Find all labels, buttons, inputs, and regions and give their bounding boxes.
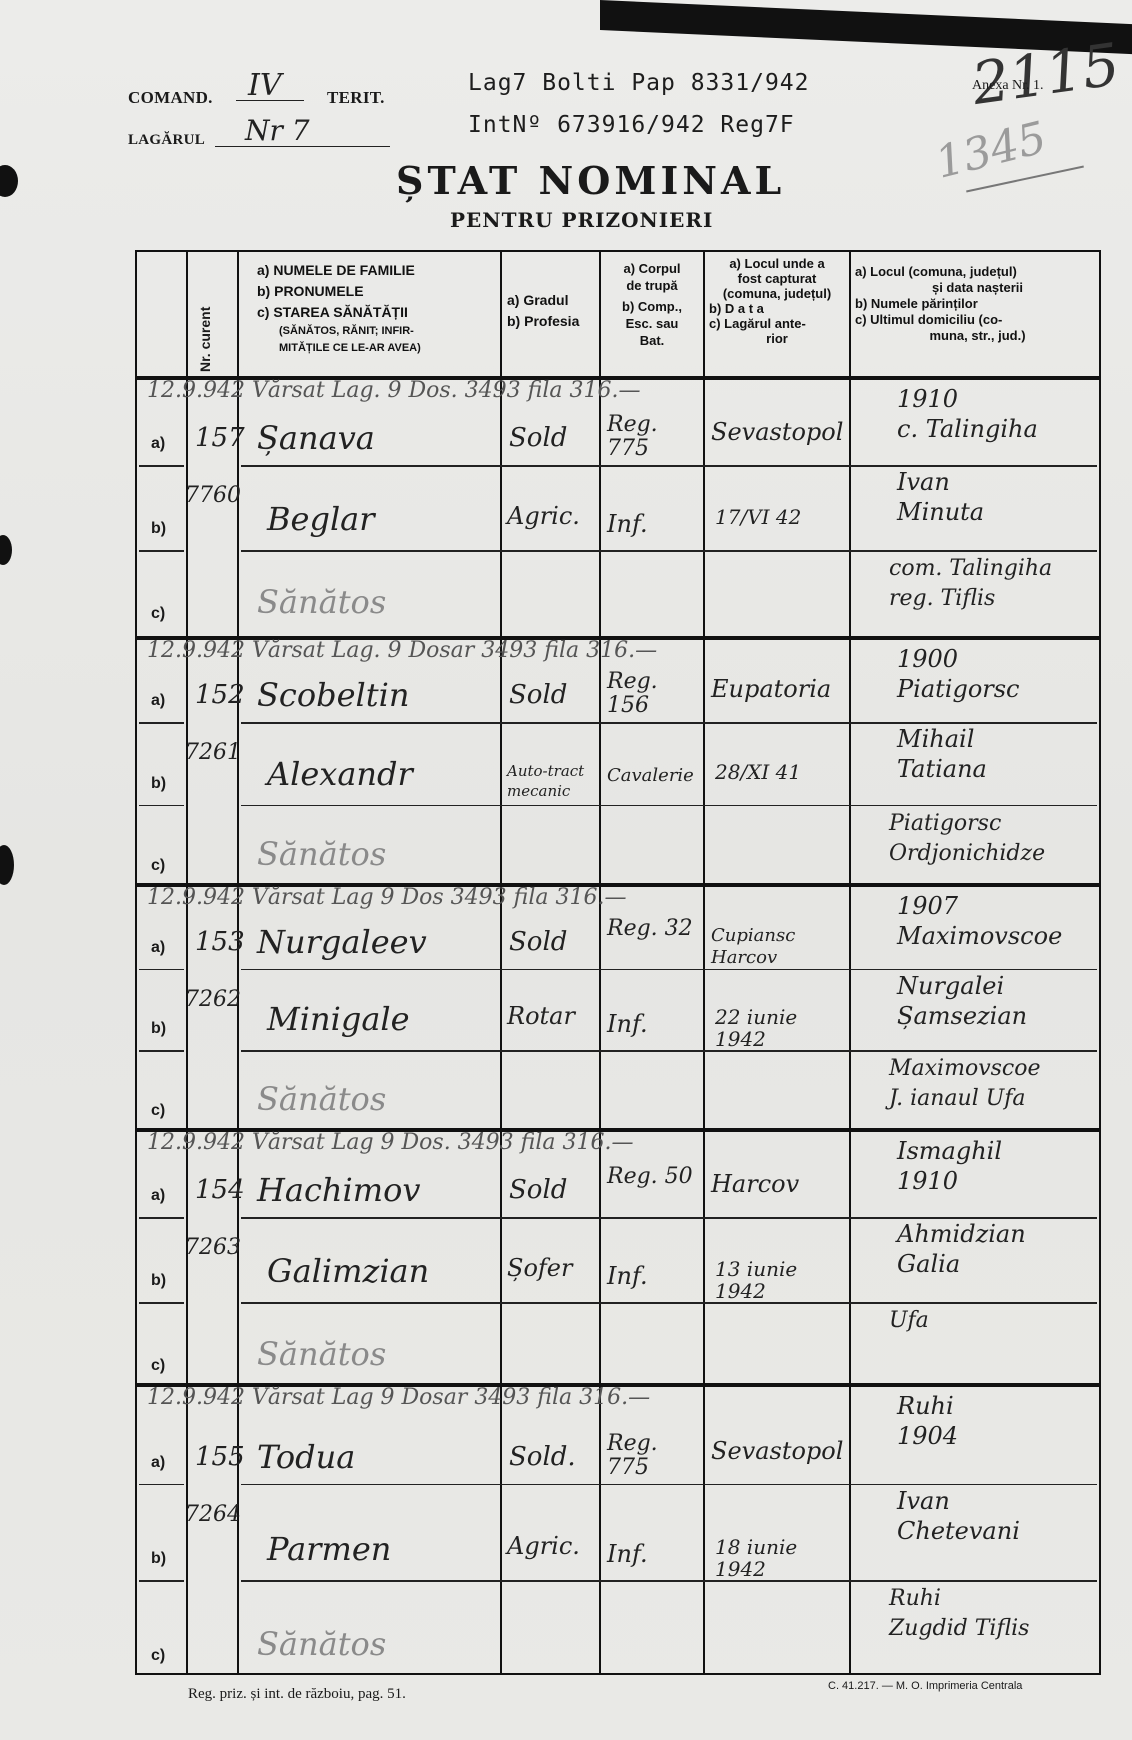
subrow-line (241, 1302, 1097, 1304)
capture-date: 28/XI 41 (715, 761, 847, 783)
health-status: Sănătos (257, 1080, 386, 1118)
capture-place: Sevastopol (711, 1440, 849, 1462)
subrow-label: c) (151, 1102, 165, 1120)
entry-number-secondary: 7760 (185, 483, 241, 508)
last-domicile: Ruhi Zugdid Tiflis (889, 1584, 1029, 1644)
family-name: Șanava (257, 419, 375, 457)
family-name: Scobeltin (257, 676, 409, 714)
company: Inf. (607, 1010, 648, 1038)
last-domicile: Maximovscoe J. ianaul Ufa (889, 1054, 1041, 1114)
capture-place: Cupiansc Harcov (711, 925, 849, 969)
comand-line (236, 100, 304, 101)
capture-date: 22 iunie 1942 (715, 1006, 847, 1050)
birth-info: Ruhi 1904 (897, 1391, 1097, 1451)
subrow-line (139, 550, 184, 552)
health-status: Sănătos (257, 835, 386, 873)
entry-note: 12.9.942 Vărsat Lag 9 Dos 3493 fila 316.… (147, 885, 626, 910)
subrow-line (139, 805, 184, 807)
subrow-label: b) (151, 1272, 166, 1290)
last-domicile: Piatigorsc Ordjonichidze (889, 809, 1045, 869)
birth-info: Ismaghil 1910 (897, 1136, 1097, 1196)
subrow-label: b) (151, 520, 166, 538)
subrow-label: b) (151, 1550, 166, 1568)
capture-place: Sevastopol (711, 421, 849, 443)
entry-number-secondary: 7262 (185, 987, 241, 1012)
subrow-line (139, 465, 184, 467)
entry-number: 157 (195, 423, 245, 453)
last-domicile: Ufa (889, 1306, 929, 1336)
birth-info: 1907 Maximovscoe (897, 891, 1097, 951)
lagarul-value: Nr 7 (245, 114, 310, 147)
parents-names: Ahmidzian Galia (897, 1219, 1026, 1279)
profession: Șofer (507, 1258, 602, 1278)
subrow-label: c) (151, 1647, 165, 1665)
company: Inf. (607, 1262, 648, 1290)
capture-date: 17/VI 42 (715, 506, 847, 528)
health-status: Sănătos (257, 583, 386, 621)
parents-names: Ivan Chetevani (897, 1486, 1020, 1546)
family-name: Todua (257, 1438, 355, 1476)
health-status: Sănătos (257, 1625, 386, 1663)
subrow-label: a) (151, 939, 165, 957)
company: Inf. (607, 510, 648, 538)
col-captura: a) Locul unde a fost capturat (comuna, j… (705, 256, 849, 346)
subrow-label: a) (151, 692, 165, 710)
family-name: Hachimov (257, 1171, 420, 1209)
subrow-line (241, 1050, 1097, 1052)
subrow-line (139, 1484, 184, 1486)
birth-info: 1900 Piatigorsc (897, 644, 1097, 704)
page-title: ȘTAT NOMINAL (396, 158, 785, 203)
profession: Agric. (507, 1536, 602, 1556)
subrow-label: a) (151, 1187, 165, 1205)
page-subtitle: PENTRU PRIZONIERI (450, 208, 713, 232)
subrow-label: c) (151, 605, 165, 623)
entry-note: 12.9.942 Vărsat Lag 9 Dos. 3493 fila 316… (147, 1130, 633, 1155)
first-name: Alexandr (267, 755, 413, 793)
col-grad: a) Gradul b) Profesia (507, 292, 599, 330)
entry-number: 154 (195, 1175, 245, 1205)
subrow-line (139, 722, 184, 724)
subrow-line (241, 805, 1097, 807)
parents-names: Mihail Tatiana (897, 724, 987, 784)
capture-date: 18 iunie 1942 (715, 1536, 847, 1580)
col-nastere: a) Locul (comuna, județul) și data naște… (855, 264, 1100, 344)
profession: Rotar (507, 1006, 602, 1026)
anexa-label: Anexa Nr. 1. (972, 78, 1044, 94)
punch-hole (0, 165, 18, 197)
rank: Sold (509, 423, 567, 453)
terit-label: TERIT. (327, 88, 385, 108)
footer-right: C. 41.217. — M. O. Imprimeria Centrala (828, 1680, 1022, 1692)
entry-number-secondary: 7261 (185, 740, 241, 765)
capture-date: 13 iunie 1942 (715, 1258, 847, 1302)
comand-label: COMAND. (128, 88, 213, 108)
company: Cavalerie (607, 765, 694, 786)
first-name: Parmen (267, 1530, 391, 1568)
punch-hole (0, 535, 12, 565)
corps: Reg. 50 (607, 1165, 697, 1189)
corps: Reg. 775 (607, 413, 697, 461)
last-domicile: com. Talingiha reg. Tiflis (889, 554, 1052, 614)
entry-note: 12.9.942 Vărsat Lag. 9 Dos. 3493 fila 31… (147, 378, 640, 403)
entry-number-secondary: 7264 (185, 1502, 241, 1527)
first-name: Minigale (267, 1000, 410, 1038)
subrow-line (139, 1302, 184, 1304)
col-nume: a) NUMELE DE FAMILIE b) PRONUMELE c) STA… (257, 262, 497, 357)
subrow-line (139, 1580, 184, 1582)
stamp-line-1: Lag7 Bolti Pap 8331/942 (468, 70, 810, 96)
rank: Sold. (509, 1442, 576, 1472)
lagarul-label: LAGĂRUL (128, 132, 205, 149)
capture-place: Eupatoria (711, 678, 849, 700)
rank: Sold (509, 680, 567, 710)
subrow-label: b) (151, 1020, 166, 1038)
profession: Auto-tract mecanic (507, 761, 602, 801)
col-corp: a) Corpul de trupă b) Comp., Esc. sau Ba… (603, 260, 701, 349)
subrow-label: b) (151, 775, 166, 793)
capture-place: Harcov (711, 1173, 849, 1195)
subrow-label: a) (151, 435, 165, 453)
subrow-line (139, 1050, 184, 1052)
birth-info: 1910 c. Talingiha (897, 384, 1097, 444)
subrow-label: c) (151, 1357, 165, 1375)
entry-number-secondary: 7263 (185, 1235, 241, 1260)
corps: Reg. 775 (607, 1432, 697, 1480)
subrow-label: c) (151, 857, 165, 875)
first-name: Beglar (267, 500, 375, 538)
col-nr-curent: Nr. curent (197, 307, 213, 372)
comand-value: IV (248, 68, 282, 103)
subrow-line (139, 1217, 184, 1219)
stamp-line-2: IntNº 673916/942 Reg7F (468, 112, 795, 138)
entry-note: 12.9.942 Vărsat Lag. 9 Dosar 3493 fila 3… (147, 638, 657, 663)
health-status: Sănătos (257, 1335, 386, 1373)
company: Inf. (607, 1540, 648, 1568)
family-name: Nurgaleev (257, 923, 427, 961)
subrow-label: a) (151, 1454, 165, 1472)
corps: Reg. 156 (607, 670, 697, 718)
punch-hole (0, 845, 14, 885)
rank: Sold (509, 1175, 567, 1205)
entry-number: 152 (195, 680, 245, 710)
entry-number: 155 (195, 1442, 245, 1472)
rank: Sold (509, 927, 567, 957)
corps: Reg. 32 (607, 917, 697, 941)
footer-left: Reg. priz. și int. de războiu, pag. 51. (188, 1686, 406, 1703)
subrow-line (241, 1580, 1097, 1582)
subrow-line (241, 550, 1097, 552)
entry-number: 153 (195, 927, 245, 957)
document-page: COMAND. IV TERIT. LAGĂRUL Nr 7 Lag7 Bolt… (0, 0, 1132, 1740)
parents-names: Nurgalei Șamsezian (897, 971, 1027, 1031)
first-name: Galimzian (267, 1252, 429, 1290)
subrow-line (139, 969, 184, 971)
parents-names: Ivan Minuta (897, 467, 984, 527)
prisoner-table: Nr. curent a) NUMELE DE FAMILIE b) PRONU… (135, 250, 1101, 1675)
profession: Agric. (507, 506, 602, 526)
entry-note: 12.9.942 Vărsat Lag 9 Dosar 3493 fila 31… (147, 1385, 650, 1410)
